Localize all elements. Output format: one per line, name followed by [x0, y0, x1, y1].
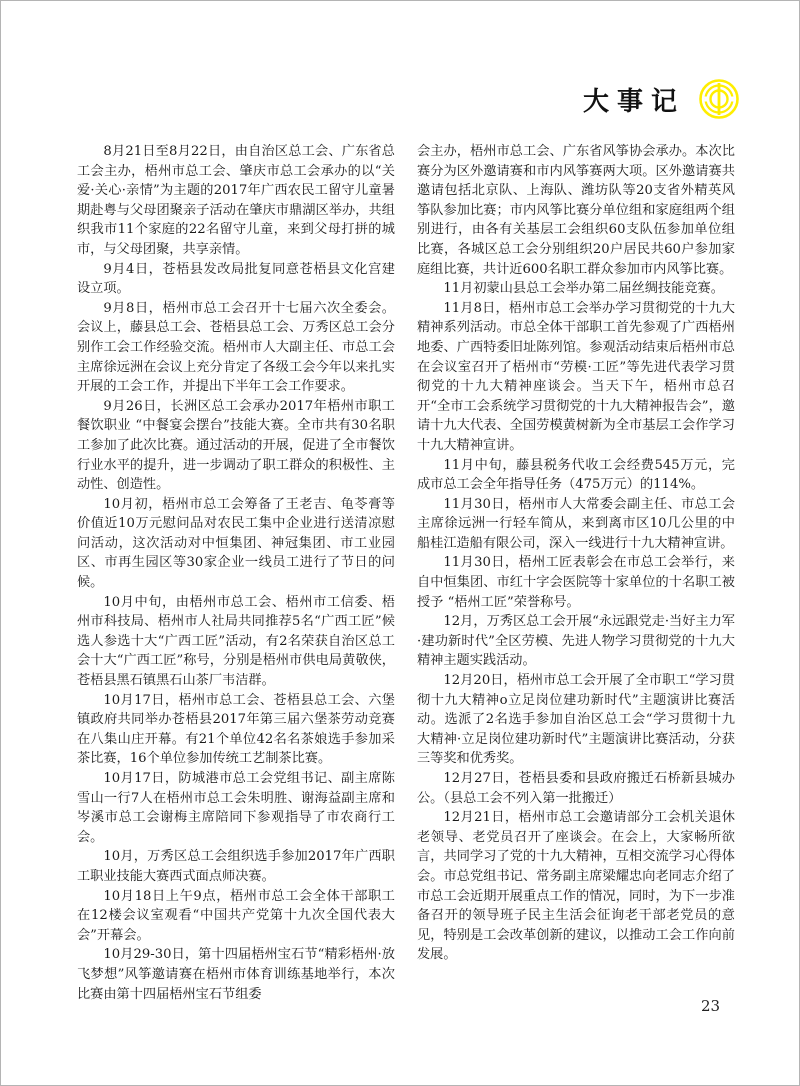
- entry-paragraph: 10月初，梧州市总工会筹备了王老吉、龟苓膏等价值近10万元慰问品对农民工集中企业…: [77, 495, 395, 593]
- entry-paragraph: 10月17日，防城港市总工会党组书记、副主席陈雪山一行7人在梧州市总工会朱明胜、…: [77, 769, 395, 847]
- entry-paragraph: 8月21日至8月22日，由自治区总工会、广东省总工会主办，梧州市总工会、肇庆市总…: [77, 142, 395, 260]
- page-number: 23: [701, 997, 720, 1015]
- continued-paragraph: 会主办，梧州市总工会、广东省风筝协会承办。本次比赛分为区外邀请赛和市内风筝赛两大…: [417, 142, 735, 279]
- entry-paragraph: 12月20日，梧州市总工会开展了全市职工“学习贯彻十九大精神o立足岗位建功新时代…: [417, 671, 735, 769]
- entry-paragraph: 10月中旬，由梧州市总工会、梧州市工信委、梧州市科技局、梧州市人社局共同推荐5名…: [77, 593, 395, 691]
- entry-paragraph: 12月，万秀区总工会开展“永远跟党走·当好主力军·建功新时代”全区劳模、先进人物…: [417, 612, 735, 671]
- document-page: 大事记 8月21日至8月22日，由自治区总工会、广东省总工会主办，梧州市总工会、…: [0, 0, 800, 1086]
- entry-paragraph: 9月8日，梧州市总工会召开十七届六次全委会。会议上，藤县总工会、苍梧县总工会、万…: [77, 299, 395, 397]
- section-title: 大事记: [583, 81, 685, 118]
- entry-paragraph: 12月21日，梧州市总工会邀请部分工会机关退休老领导、老党员召开了座谈会。在会上…: [417, 808, 735, 965]
- entry-paragraph: 10月17日，梧州市总工会、苍梧县总工会、六堡镇政府共同举办苍梧县2017年第三…: [77, 691, 395, 769]
- entry-paragraph: 10月18日上午9点，梧州市总工会全体干部职工在12楼会议室观看“中国共产党第十…: [77, 887, 395, 946]
- entry-paragraph: 10月29-30日，第十四届梧州宝石节“精彩梧州·放飞梦想”风筝邀请赛在梧州市体…: [77, 945, 395, 1004]
- entry-paragraph: 11月8日，梧州市总工会举办学习贯彻党的十九大精神系列活动。市总全体干部职工首先…: [417, 299, 735, 456]
- entry-paragraph: 9月4日，苍梧县发改局批复同意苍梧县文化宫建设立项。: [77, 260, 395, 299]
- trade-union-emblem-icon: [699, 79, 739, 119]
- right-column: 会主办，梧州市总工会、广东省风筝协会承办。本次比赛分为区外邀请赛和市内风筝赛两大…: [417, 142, 735, 965]
- entry-paragraph: 11月初蒙山县总工会举办第二届丝绸技能竞赛。: [417, 279, 735, 299]
- entry-paragraph: 9月26日，长洲区总工会承办2017年梧州市职工餐饮职业 “中餐宴会摆台”技能大…: [77, 397, 395, 495]
- section-header: 大事记: [583, 79, 739, 119]
- entry-paragraph: 11月中旬，藤县税务代收工会经费545万元，完成市总工会全年指导任务（475万元…: [417, 456, 735, 495]
- entry-paragraph: 11月30日，梧州工匠表彰会在市总工会举行，来自中恒集团、市红十字会医院等十家单…: [417, 553, 735, 612]
- entry-paragraph: 10月，万秀区总工会组织选手参加2017年广西职工职业技能大赛西式面点师决赛。: [77, 847, 395, 886]
- entry-paragraph: 12月27日，苍梧县委和县政府搬迁石桥新县城办公。（县总工会不列入第一批搬迁）: [417, 769, 735, 808]
- left-column: 8月21日至8月22日，由自治区总工会、广东省总工会主办，梧州市总工会、肇庆市总…: [77, 142, 395, 1004]
- entry-paragraph: 11月30日，梧州市人大常委会副主任、市总工会主席徐远洲一行轻车简从，来到离市区…: [417, 495, 735, 554]
